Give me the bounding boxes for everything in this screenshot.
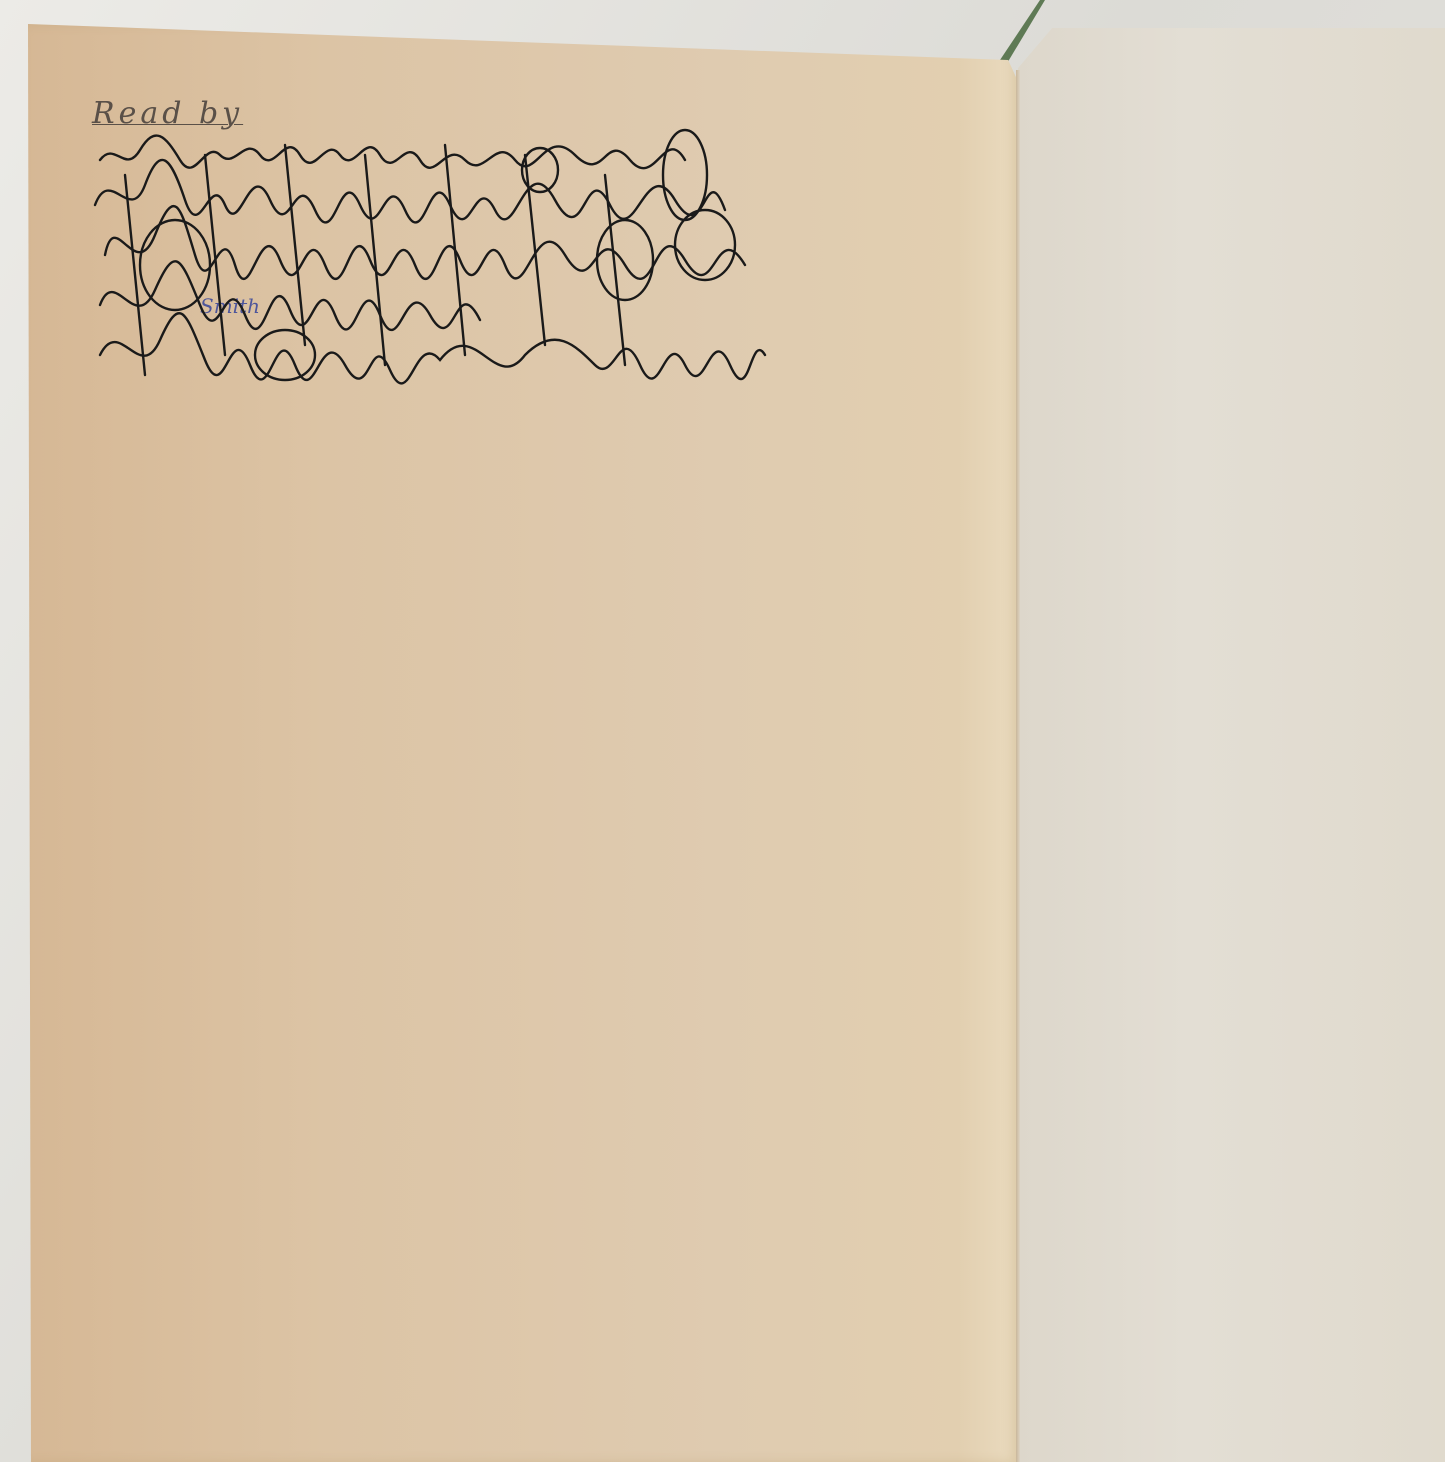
right-page [1018, 28, 1445, 1462]
book-gutter [1016, 70, 1020, 1462]
scribble-over-inscription [85, 115, 775, 405]
